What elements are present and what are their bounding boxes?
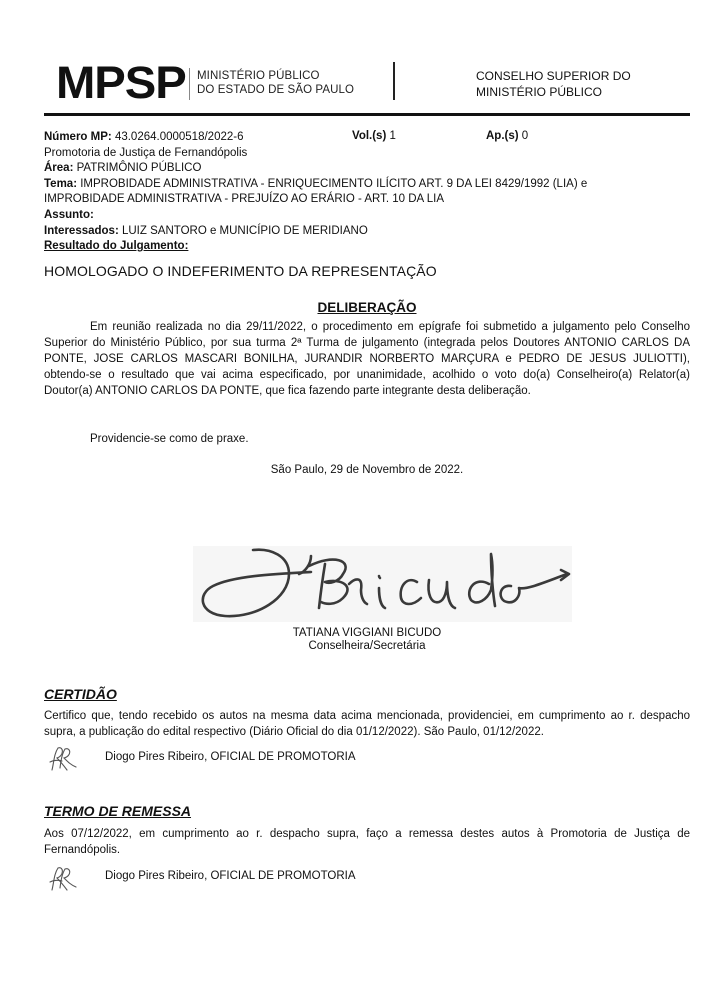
signatory: TATIANA VIGGIANI BICUDO Conselheira/Secr…: [0, 627, 714, 653]
ap-label: Ap.(s): [486, 130, 519, 142]
promotoria: Promotoria de Justiça de Fernandópolis: [44, 146, 587, 162]
numero-value: 43.0264.0000518/2022-6: [115, 131, 244, 143]
volumes: Vol.(s) 1: [352, 130, 396, 142]
institution-line-2: DO ESTADO DE SÃO PAULO: [197, 83, 354, 97]
certidao-title: CERTIDÃO: [44, 686, 117, 702]
council-name: CONSELHO SUPERIOR DO MINISTÉRIO PÚBLICO: [476, 68, 631, 100]
area-label: Área:: [44, 162, 73, 174]
apensos: Ap.(s) 0: [486, 130, 528, 142]
council-line-1: CONSELHO SUPERIOR DO: [476, 68, 631, 84]
remessa-title: TERMO DE REMESSA: [44, 803, 191, 819]
certidao-text: Certifico que, tendo recebido os autos n…: [44, 708, 690, 740]
numero-label: Número MP:: [44, 131, 112, 143]
ap-value: 0: [522, 130, 528, 142]
vol-label: Vol.(s): [352, 130, 386, 142]
interessados: Interessados: LUIZ SANTORO e MUNICÍPIO D…: [44, 224, 587, 240]
resultado-label: Resultado do Julgamento:: [44, 239, 587, 255]
deliberacao-paragraph: Em reunião realizada no dia 29/11/2022, …: [44, 319, 690, 399]
case-metadata: Número MP: 43.0264.0000518/2022-6 Promot…: [44, 130, 587, 255]
tema-label: Tema:: [44, 178, 77, 190]
interessados-value: LUIZ SANTORO e MUNICÍPIO DE MERIDIANO: [122, 225, 368, 237]
initials-signature-icon: [48, 744, 78, 774]
assunto-label: Assunto:: [44, 209, 94, 221]
interessados-label: Interessados:: [44, 225, 119, 237]
providencie-text: Providencie-se como de praxe.: [44, 431, 690, 447]
header-divider: [393, 62, 395, 100]
area-value: PATRIMÔNIO PÚBLICO: [77, 162, 202, 174]
remessa-signer: Diogo Pires Ribeiro, OFICIAL DE PROMOTOR…: [105, 870, 356, 882]
tema: Tema: IMPROBIDADE ADMINISTRATIVA - ENRIQ…: [44, 177, 587, 193]
tema-value: IMPROBIDADE ADMINISTRATIVA - ENRIQUECIME…: [80, 178, 587, 190]
resultado-label-text: Resultado do Julgamento:: [44, 240, 188, 252]
assunto: Assunto:: [44, 208, 587, 224]
certidao-signer: Diogo Pires Ribeiro, OFICIAL DE PROMOTOR…: [105, 751, 356, 763]
place-date: São Paulo, 29 de Novembro de 2022.: [0, 464, 714, 476]
tema-continued: IMPROBIDADE ADMINISTRATIVA - PREJUÍZO AO…: [44, 192, 587, 208]
mpsp-logo: MPSP: [56, 60, 186, 105]
initials-signature-icon: [48, 864, 78, 894]
header-rule: [44, 113, 690, 116]
logo-separator: [189, 68, 190, 100]
signatory-role: Conselheira/Secretária: [0, 640, 714, 653]
deliberacao-title: DELIBERAÇÃO: [0, 300, 714, 315]
handwritten-signature: [193, 546, 572, 622]
vol-value: 1: [390, 130, 396, 142]
remessa-text: Aos 07/12/2022, em cumprimento ao r. des…: [44, 826, 690, 858]
judgment-result: HOMOLOGADO O INDEFERIMENTO DA REPRESENTA…: [44, 263, 437, 279]
area: Área: PATRIMÔNIO PÚBLICO: [44, 161, 587, 177]
institution-name: MINISTÉRIO PÚBLICO DO ESTADO DE SÃO PAUL…: [197, 69, 354, 97]
council-line-2: MINISTÉRIO PÚBLICO: [476, 84, 631, 100]
signature-icon: [193, 546, 572, 622]
signatory-name: TATIANA VIGGIANI BICUDO: [0, 627, 714, 640]
institution-line-1: MINISTÉRIO PÚBLICO: [197, 69, 354, 83]
